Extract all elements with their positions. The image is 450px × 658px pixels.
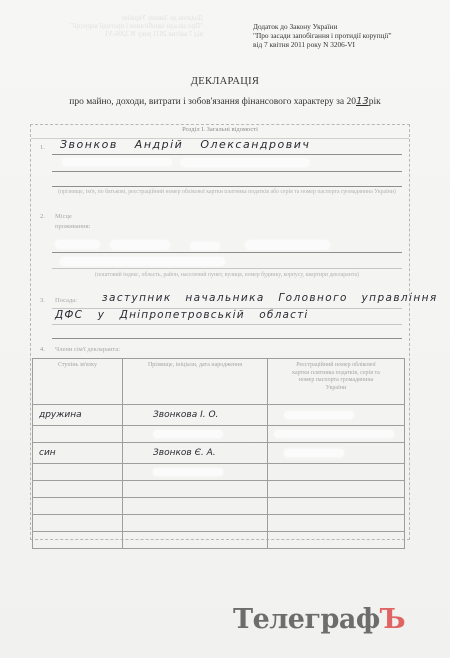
name-underline: [52, 154, 402, 155]
tax-id-cell: [268, 464, 405, 481]
redacted-area: [55, 240, 100, 249]
item-number: 4.: [40, 346, 45, 353]
member-name-cell: [123, 498, 268, 515]
tax-id-cell: [268, 532, 405, 549]
item-number: 2.: [40, 213, 45, 220]
redacted-area: [284, 449, 344, 457]
relation-cell: [33, 532, 123, 549]
residence-label-2: проживання:: [55, 223, 90, 230]
table-row: [33, 481, 405, 498]
table-row: [33, 515, 405, 532]
subtitle-suffix: рік: [369, 97, 381, 107]
position-label: Посада:: [55, 297, 77, 304]
redacted-area: [62, 158, 172, 166]
column-header-relation: Ступінь зв'язку: [33, 359, 123, 405]
caption-rule: [52, 186, 402, 187]
logo-accent-letter: Ъ: [380, 604, 405, 635]
relation-cell: [33, 464, 123, 481]
redacted-area: [284, 411, 354, 419]
position-line-1: заступник начальника Головного управлінн…: [102, 292, 438, 304]
relation-cell: [33, 426, 123, 443]
tax-id-cell: [268, 426, 405, 443]
member-name-cell: [123, 532, 268, 549]
table-row: [33, 532, 405, 549]
law-appendix-note: Додаток до Закону України "Про засади за…: [253, 22, 392, 49]
redacted-area: [60, 257, 225, 266]
item1-caption: (прізвище, ім'я, по батькові, реєстрацій…: [52, 189, 402, 196]
item2-caption: (поштовий індекс, область, район, населе…: [52, 272, 402, 279]
appendix-line: від 7 квітня 2011 року N 3206-VI: [253, 40, 392, 49]
table-header-row: Ступінь зв'язку Прізвище, ініціали, дата…: [33, 359, 405, 405]
id-underline: [52, 171, 402, 172]
item-number: 1.: [40, 144, 45, 151]
position-underline-2: [52, 324, 402, 325]
relation-cell: [33, 515, 123, 532]
column-header-name: Прізвище, ініціали, дата народження: [123, 359, 268, 405]
logo-text: Телеграф: [233, 604, 380, 635]
relation-cell: [33, 498, 123, 515]
appendix-line: "Про засади запобігання і протидії коруп…: [253, 31, 392, 40]
redacted-area: [245, 240, 330, 250]
redacted-area: [110, 240, 170, 250]
residence-label: Місце: [55, 213, 72, 220]
declarant-name: Звонков Андрій Олександрович: [60, 138, 310, 151]
redacted-area: [153, 468, 223, 476]
table-row: [33, 426, 405, 443]
member-name-cell: [123, 481, 268, 498]
bleed-through-text: Додаток до Закону України"Про засади зап…: [70, 14, 203, 38]
tax-id-cell: [268, 443, 405, 464]
table-row: дружина Звонкова І. О.: [33, 405, 405, 426]
redacted-area: [153, 430, 223, 438]
address-underline: [52, 252, 402, 253]
redacted-area: [190, 242, 220, 250]
member-dob-cell: [123, 426, 268, 443]
column-header-tax-id: Реєстраційний номер облікової картки пла…: [268, 359, 405, 405]
relation-cell: дружина: [33, 405, 123, 426]
year-handwritten: 13: [356, 96, 369, 107]
member-dob-cell: [123, 464, 268, 481]
tax-id-cell: [268, 515, 405, 532]
family-members-table: Ступінь зв'язку Прізвище, ініціали, дата…: [32, 358, 405, 549]
subtitle-text: про майно, доходи, витрати і зобов'язанн…: [69, 97, 356, 107]
address-underline-2: [52, 268, 402, 269]
tax-id-cell: [268, 481, 405, 498]
table-row: [33, 498, 405, 515]
document-subtitle: про майно, доходи, витрати і зобов'язанн…: [0, 96, 450, 107]
relation-cell: син: [33, 443, 123, 464]
position-line-2: ДФС у Дніпропетровській області: [55, 309, 309, 321]
relation-cell: [33, 481, 123, 498]
appendix-line: Додаток до Закону України: [253, 22, 392, 31]
family-members-label: Члени сім'ї декларанта:: [55, 346, 120, 353]
member-name-cell: Звонков Є. А.: [123, 443, 268, 464]
tax-id-cell: [268, 405, 405, 426]
redacted-area: [180, 158, 310, 167]
member-name-cell: [123, 515, 268, 532]
telegraf-watermark-logo: ТелеграфЪ: [233, 604, 405, 635]
item-number: 3.: [40, 297, 45, 304]
section-rule: [52, 338, 402, 339]
declaration-page: Додаток до Закону України"Про засади зап…: [0, 0, 450, 658]
table-row: син Звонков Є. А.: [33, 443, 405, 464]
redacted-area: [274, 430, 394, 438]
member-name-cell: Звонкова І. О.: [123, 405, 268, 426]
tax-id-cell: [268, 498, 405, 515]
table-row: [33, 464, 405, 481]
document-title: ДЕКЛАРАЦІЯ: [0, 76, 450, 87]
